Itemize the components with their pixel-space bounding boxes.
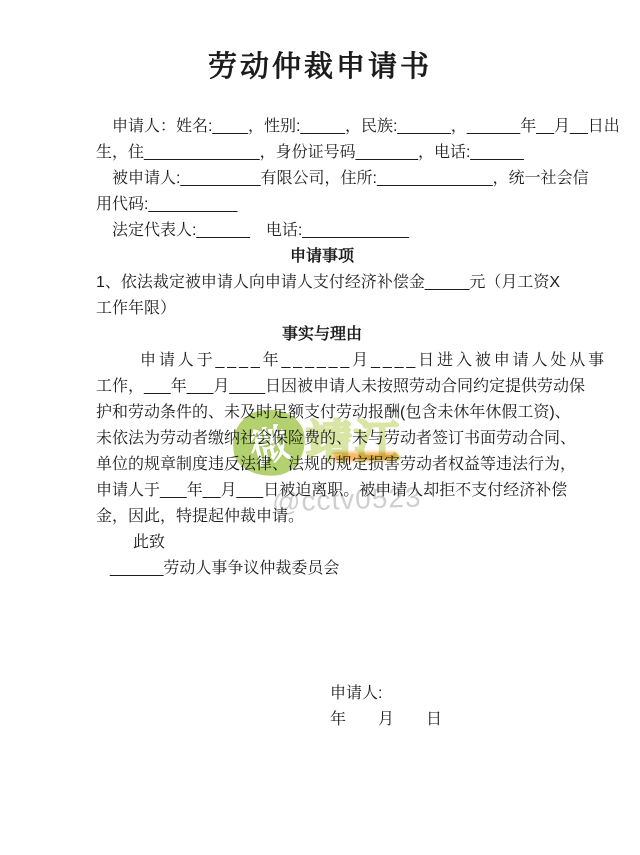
arbitration-committee-line: ______劳动人事争议仲裁委员会 [96, 556, 556, 582]
signature-date-line: 年 月 日 [330, 707, 442, 733]
facts-line: 工作，___年___月____日因被申请人未按照劳动合同约定提供劳动保 [96, 374, 556, 400]
document-page: 劳动仲裁申请书 申请人：姓名:____，性别:_____，民族:______，_… [0, 0, 640, 855]
respondent-credit-code-line: 用代码:__________ [96, 192, 556, 218]
request-item-line: 1、依法裁定被申请人向申请人支付经济补偿金_____元（月工资X [96, 270, 556, 296]
document-title: 劳动仲裁申请书 [0, 44, 640, 85]
facts-line: 护和劳动条件的、未及时足额支付劳动报酬(包含未休年休假工资)、 [96, 400, 556, 426]
facts-line: 单位的规章制度违反法律、法规的规定损害劳动者权益等违法行为， [96, 452, 556, 478]
facts-line: 未依法为劳动者缴纳社会保险费的、未与劳动者签订书面劳动合同、 [96, 426, 556, 452]
facts-line: 金，因此，特提起仲裁申请。 [96, 504, 556, 530]
facts-line: 申请人于____年______月____日进入被申请人处从事 [96, 348, 556, 374]
signature-block: 申请人: 年 月 日 [330, 681, 442, 733]
document-body: 申请人：姓名:____，性别:_____，民族:______，______年__… [96, 114, 556, 582]
legal-representative-line: 法定代表人:______ 电话:____________ [96, 218, 556, 244]
applicant-info-line: 申请人：姓名:____，性别:_____，民族:______，______年__… [96, 114, 556, 140]
applicant-info-line: 生，住_____________，身份证号码_______，电话:______ [96, 140, 556, 166]
request-item-line: 工作年限） [96, 296, 556, 322]
section-heading-request: 申请事项 [96, 244, 548, 270]
section-heading-facts: 事实与理由 [96, 322, 548, 348]
closing-salute: 此致 [96, 530, 556, 556]
signature-applicant-label: 申请人: [330, 681, 442, 707]
respondent-info-line: 被申请人:_________有限公司，住所:_____________，统一社会… [96, 166, 556, 192]
facts-line: 申请人于___年__月___日被迫离职。被申请人却拒不支付经济补偿 [96, 478, 556, 504]
